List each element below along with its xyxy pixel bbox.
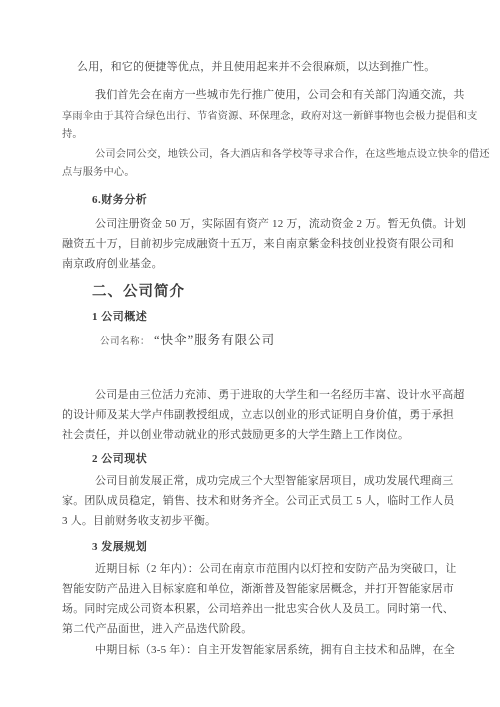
para-team-intro: 公司是由三位活力充沛、勇于进取的大学生和一名经历丰富、设计水平高超 的设计师及某…	[62, 385, 494, 445]
document-page: 么用，和它的便捷等优点，并且使用起来并不会很麻烦，以达到推广性。 我们首先会在南…	[62, 57, 494, 660]
company-name-value: “快伞”服务有限公司	[154, 333, 275, 347]
para-usage-advantages: 么用，和它的便捷等优点，并且使用起来并不会很麻烦，以达到推广性。	[62, 57, 494, 77]
heading-company-overview: 1 公司概述	[92, 309, 494, 325]
para-company-status: 公司目前发展正常，成功完成三个大型智能家居项目，成功发展代理商三 家。团队成员稳…	[62, 471, 494, 531]
heading-company-intro: 二、公司简介	[92, 282, 494, 302]
heading-company-status: 2 公司现状	[92, 451, 494, 467]
para-green-support: 享雨伞由于其符合绿色出行、节省资源、环保理念，政府对这一新鲜事物也会极力提倡和支…	[62, 108, 494, 144]
para-mid-term-goal: 中期目标（3-5 年）：自主开发智能家居系统，拥有自主技术和品牌，在全	[62, 640, 494, 660]
para-financials: 公司注册资金 50 万，实际固有资产 12 万，流动资金 2 万。暂无负债。计划…	[62, 214, 494, 274]
heading-financial-analysis: 6.财务分析	[92, 192, 494, 208]
para-promotion-plan: 我们首先会在南方一些城市先行推广使用，公司会和有关部门沟通交流，共	[62, 85, 494, 105]
company-name-line: 公司名称： “快伞”服务有限公司	[100, 330, 494, 352]
heading-development-plan: 3 发展规划	[92, 539, 494, 555]
para-near-term-goal: 近期目标（2 年内）：公司在南京市范围内以灯控和安防产品为突破口，让 智能安防产…	[62, 559, 494, 639]
company-name-label: 公司名称：	[100, 337, 150, 347]
para-cooperation: 公司会同公交，地铁公司，各大酒店和各学校等寻求合作，在这些地点设立快伞的借还 点…	[62, 146, 494, 182]
